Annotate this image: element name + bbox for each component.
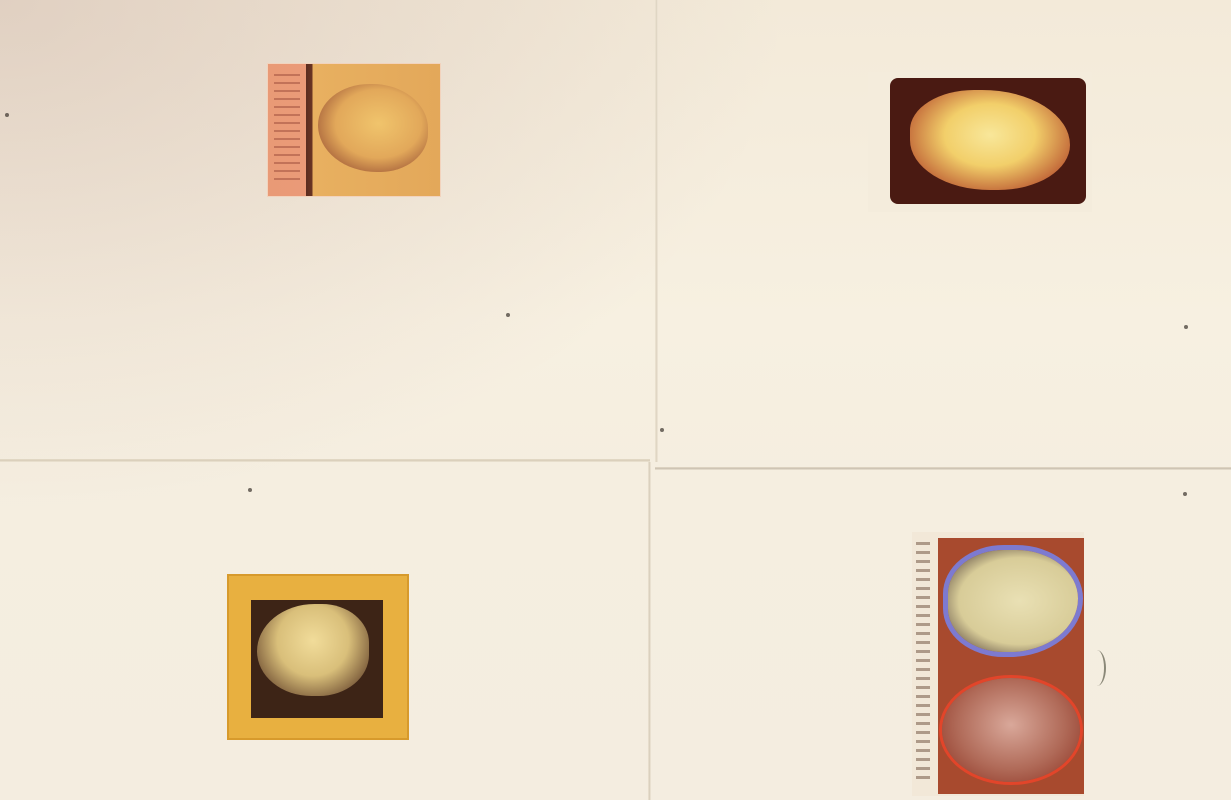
painted-face bbox=[318, 84, 428, 172]
panel-seam-vertical-bottom bbox=[648, 462, 651, 800]
pin-mark bbox=[660, 428, 664, 432]
panel-seam-vertical-top bbox=[655, 0, 658, 462]
artwork-text-strip bbox=[274, 74, 300, 184]
artwork-bottom-right bbox=[912, 532, 1084, 796]
pin-mark bbox=[248, 488, 252, 492]
panel-seam-horizontal-left bbox=[0, 459, 650, 462]
painted-face bbox=[257, 604, 369, 696]
paper-panel-top-right bbox=[658, 0, 1231, 468]
artwork-text-strip bbox=[916, 542, 930, 782]
artwork-top-left bbox=[268, 64, 440, 196]
pin-mark bbox=[1183, 492, 1187, 496]
panel-seam-horizontal-right bbox=[655, 467, 1231, 470]
pin-mark bbox=[1184, 325, 1188, 329]
painted-face-red-outline bbox=[942, 678, 1080, 782]
hanging-wire bbox=[1088, 650, 1106, 686]
artwork-top-right bbox=[868, 72, 1092, 212]
pin-mark bbox=[506, 313, 510, 317]
pin-mark bbox=[5, 113, 9, 117]
artwork-bottom-left bbox=[227, 574, 409, 740]
